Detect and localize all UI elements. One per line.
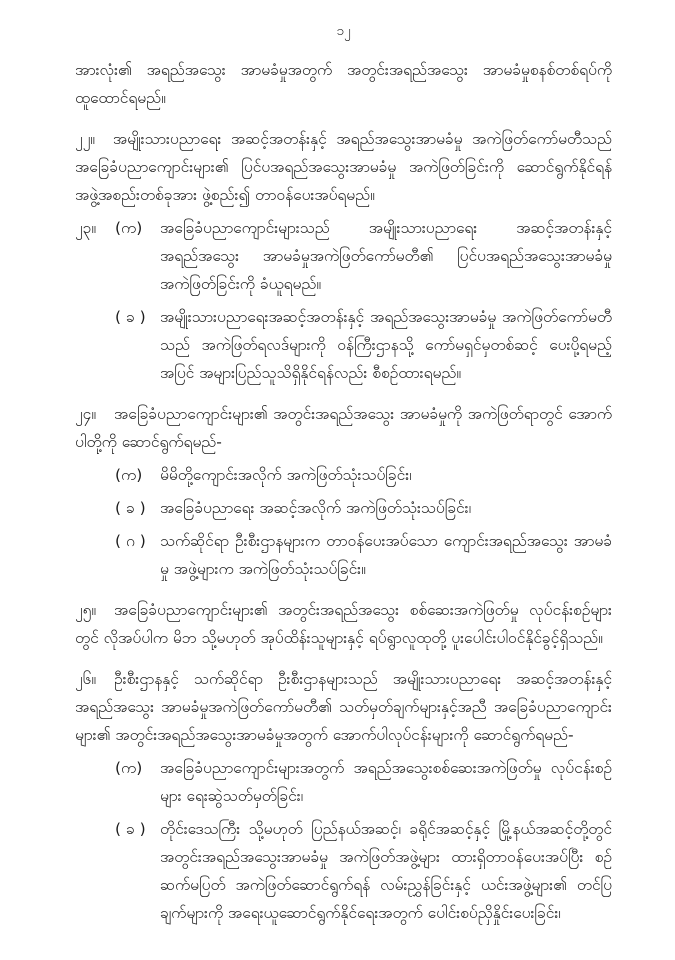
paragraph-23: ၂၃။ (က) အခြေခံပညာကျောင်းများသည် အမျိုးသာ… (75, 214, 612, 387)
paragraph-25-text: အခြေခံပညာကျောင်းများ၏ အတွင်းအရည်အသွေး စစ… (75, 601, 612, 647)
paragraph-22-number: ၂၂။ (75, 125, 95, 153)
paragraph-25: ၂၅။အခြေခံပညာကျောင်းများ၏ အတွင်းအရည်အသွေး… (75, 596, 612, 652)
paragraph-22-text: အမျိုးသားပညာရေး အဆင့်အတန်းနှင့် အရည်အသွေ… (75, 130, 612, 204)
paragraph-24-item-a: (က) မိမိတို့ကျောင်းအလိုက် အကဲဖြတ်သုံးသပ်… (75, 461, 612, 489)
paragraph-24-item-c-label: ( ဂ ) (115, 527, 146, 555)
paragraph-23-item-b-text: အမျိုးသားပညာရေးအဆင့်အတန်းနှင့် အရည်အသွေး… (160, 308, 612, 382)
paragraph-24-item-a-text: မိမိတို့ကျောင်းအလိုက် အကဲဖြတ်သုံးသပ်ခြင်… (160, 466, 412, 484)
paragraph-24: ၂၄။အခြေခံပညာကျောင်းများ၏ အတွင်းအရည်အသွေး… (75, 400, 612, 456)
paragraph-23-number: ၂၃။ (75, 214, 96, 242)
page-number: ၁၂ (75, 22, 612, 40)
paragraph-26-item-a-label: (က) (115, 754, 142, 782)
paragraph-26-item-b-label: ( ခ ) (115, 815, 146, 843)
paragraph-24-items: (က) မိမိတို့ကျောင်းအလိုက် အကဲဖြတ်သုံးသပ်… (75, 461, 612, 583)
paragraph-26-item-b-text: တိုင်းဒေသကြီး သို့မဟုတ် ပြည်နယ်အဆင့်၊ ခရ… (160, 820, 612, 922)
paragraph-24-item-b: ( ခ ) အခြေခံပညာရေး အဆင့်အလိုက် အကဲဖြတ်သု… (75, 494, 612, 522)
paragraph-24-item-b-text: အခြေခံပညာရေး အဆင့်အလိုက် အကဲဖြတ်သုံးသပ်ခ… (160, 499, 471, 517)
paragraph-24-item-c-text: သက်ဆိုင်ရာ ဦးစီးဌာနများက တာဝန်ပေးအပ်သော … (160, 532, 612, 578)
paragraph-24-text: အခြေခံပညာကျောင်းများ၏ အတွင်းအရည်အသွေး အာ… (75, 405, 612, 451)
paragraph-24-item-b-label: ( ခ ) (115, 494, 146, 522)
paragraph-24-item-a-label: (က) (115, 461, 142, 489)
paragraph-26: ၂၆။ဦးစီးဌာနနှင့် သက်ဆိုင်ရာ ဦးစီးဌာနများ… (75, 665, 612, 749)
paragraph-23-item-a-label: (က) (115, 214, 142, 242)
paragraph-23-item-b: ( ခ ) အမျိုးသားပညာရေးအဆင့်အတန်းနှင့် အရည… (75, 303, 612, 387)
paragraph-23-item-b-label: ( ခ ) (115, 303, 146, 331)
paragraph-24-number: ၂၄။ (75, 400, 96, 428)
paragraph-26-item-a: (က) အခြေခံပညာကျောင်းများအတွက် အရည်အသွေးစ… (75, 754, 612, 810)
paragraph-26-item-a-text: အခြေခံပညာကျောင်းများအတွက် အရည်အသွေးစစ်ဆေ… (160, 759, 612, 805)
paragraph-continuation: အားလုံး၏ အရည်အသွေး အာမခံမှုအတွက် အတွင်းအ… (75, 56, 612, 112)
paragraph-26-text: ဦးစီးဌာနနှင့် သက်ဆိုင်ရာ ဦးစီးဌာနများသည်… (75, 670, 612, 744)
paragraph-23-item-a-text: အခြေခံပညာကျောင်းများသည် အမျိုးသားပညာရေး … (160, 219, 612, 293)
paragraph-26-item-b: ( ခ ) တိုင်းဒေသကြီး သို့မဟုတ် ပြည်နယ်အဆင… (75, 815, 612, 927)
paragraph-26-number: ၂၆။ (75, 665, 96, 693)
paragraph-25-number: ၂၅။ (75, 596, 96, 624)
paragraph-23-item-a: ၂၃။ (က) အခြေခံပညာကျောင်းများသည် အမျိုးသာ… (75, 214, 612, 298)
paragraph-26-items: (က) အခြေခံပညာကျောင်းများအတွက် အရည်အသွေးစ… (75, 754, 612, 927)
document-page: ၁၂ အားလုံး၏ အရည်အသွေး အာမခံမှုအတွက် အတွင… (0, 0, 675, 960)
paragraph-24-item-c: ( ဂ ) သက်ဆိုင်ရာ ဦးစီးဌာနများက တာဝန်ပေးအ… (75, 527, 612, 583)
paragraph-22: ၂၂။အမျိုးသားပညာရေး အဆင့်အတန်းနှင့် အရည်အ… (75, 125, 612, 209)
